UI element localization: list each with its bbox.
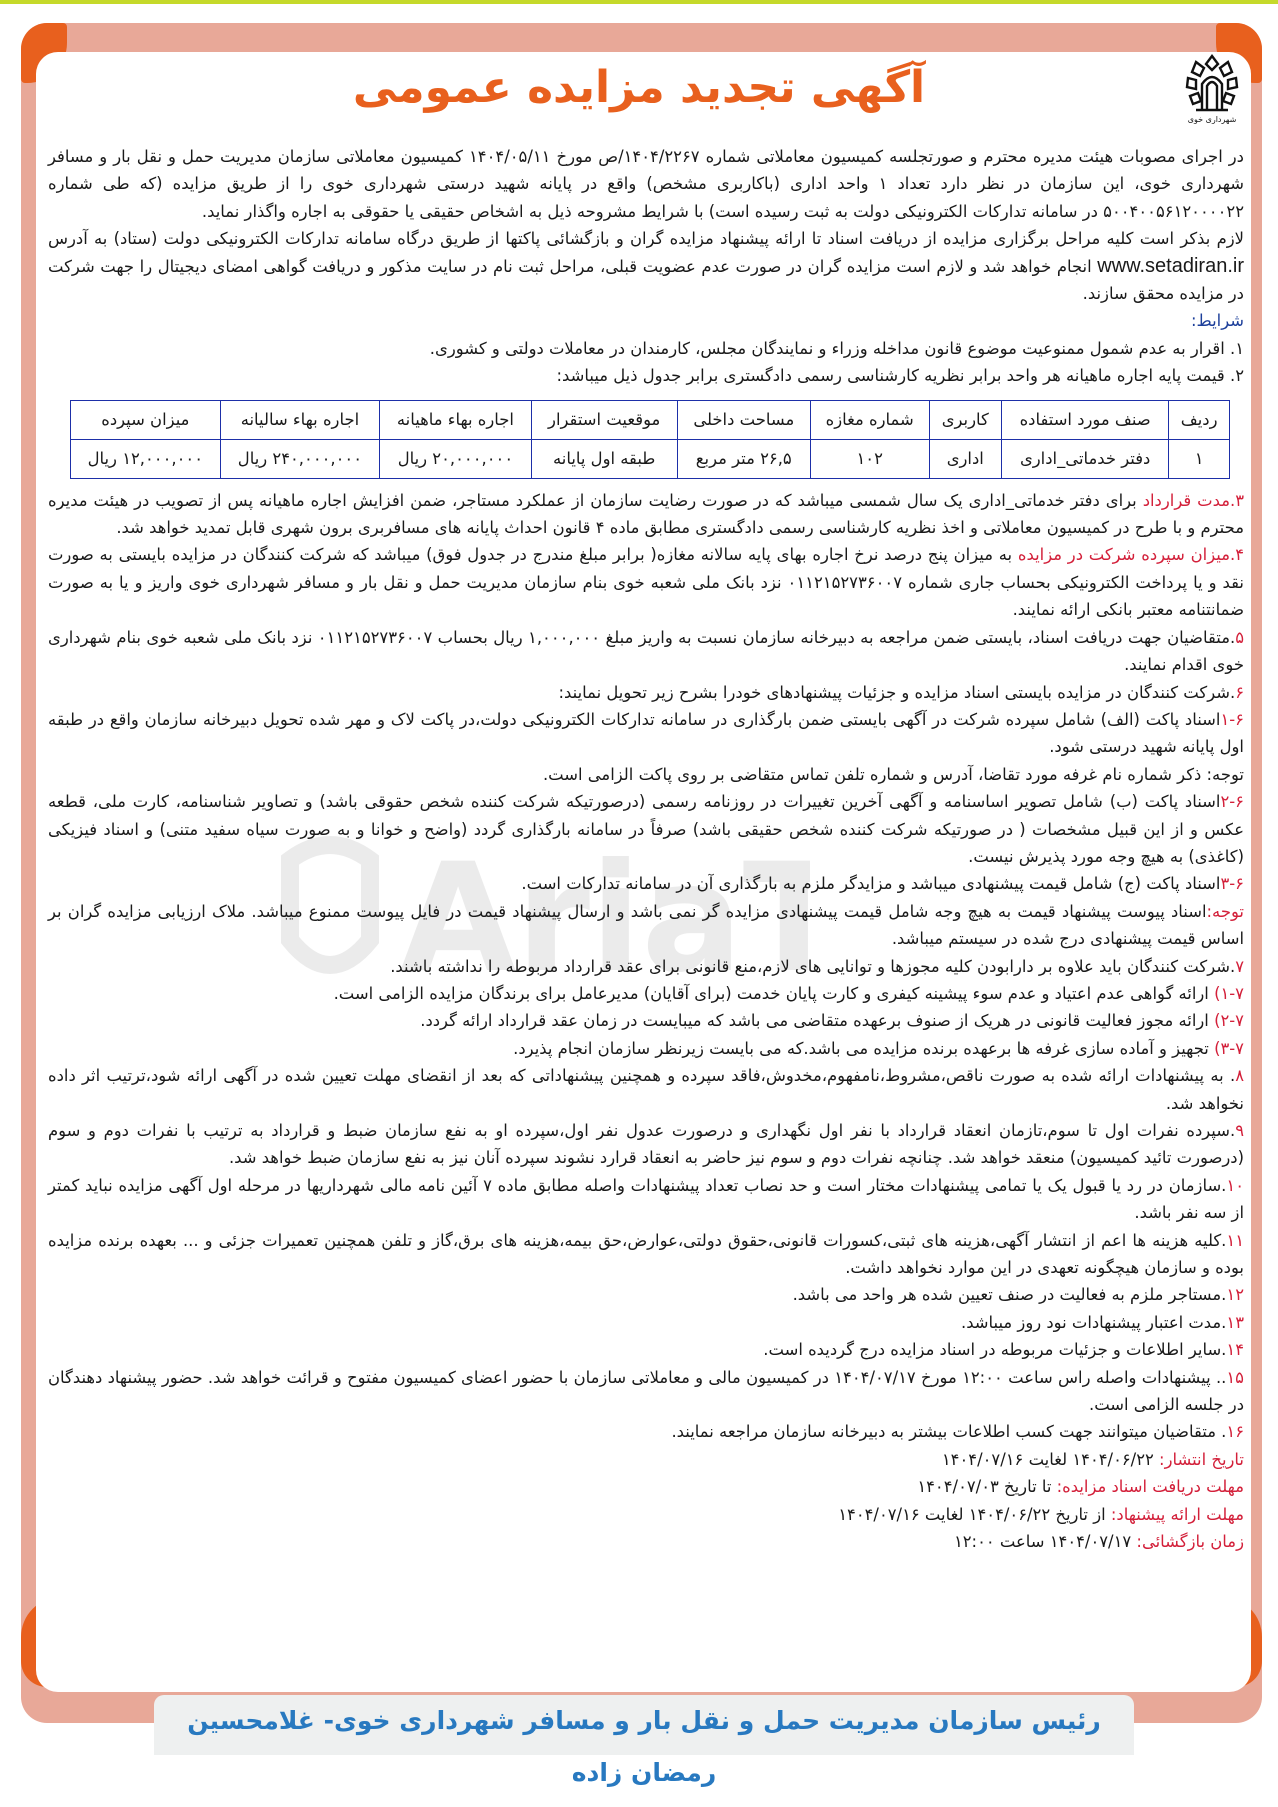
table-cell: ۱ (1169, 439, 1230, 478)
svg-text:شهرداری خوی: شهرداری خوی (1188, 115, 1237, 124)
col-header: صنف مورد استفاده (1002, 400, 1169, 439)
condition-item-1: ۱. اقرار به عدم شمول ممنوعیت موضوع قانون… (48, 335, 1244, 362)
col-header: میزان سپرده (71, 400, 221, 439)
condition-item-13: ۱۳.مدت اعتبار پیشنهادات نود روز میباشد. (48, 1309, 1244, 1336)
table-cell: طبقه اول پایانه (531, 439, 677, 478)
setad-website-link[interactable]: www.setadiran.ir (1097, 255, 1244, 277)
condition-item-7-1: ۱-۷) ارائه گواهی عدم اعتیاد و عدم سوء پی… (48, 980, 1244, 1007)
condition-item-7: ۷.شرکت کنندگان باید علاوه بر دارابودن کل… (48, 953, 1244, 980)
offer-deadline: مهلت ارائه پیشنهاد: از تاریخ ۱۴۰۴/۰۶/۲۲ … (48, 1501, 1244, 1528)
condition-item-15: ۱۵.. پیشنهادات واصله راس ساعت ۱۲:۰۰ مورخ… (48, 1364, 1244, 1419)
document-body: در اجرای مصوبات هیئت مدیره محترم و صورتج… (48, 143, 1244, 1556)
condition-item-7-2: ۲-۷) ارائه مجوز فعالیت قانونی در هریک از… (48, 1007, 1244, 1034)
rent-table: ردیف صنف مورد استفاده کاربری شماره مغازه… (70, 400, 1230, 479)
condition-item-14: ۱۴.سایر اطلاعات و جزئیات مربوطه در اسناد… (48, 1336, 1244, 1363)
table-row: ۱ دفتر خدماتی_اداری اداری ۱۰۲ ۲۶,۵ متر م… (71, 439, 1230, 478)
conditions-heading: شرایط: (48, 307, 1244, 334)
table-cell: ۲۰,۰۰۰,۰۰۰ ریال (380, 439, 532, 478)
col-header: کاربری (929, 400, 1001, 439)
condition-note-6: توجه: ذکر شماره نام غرفه مورد تقاضا، آدر… (48, 761, 1244, 788)
condition-note: توجه:اسناد پیوست پیشنهاد قیمت به هیچ وجه… (48, 898, 1244, 953)
condition-item-7-3: ۳-۷) تجهیز و آماده سازی غرفه ها برعهده ب… (48, 1035, 1244, 1062)
condition-item-6-3: ۳-۶اسناد پاکت (ج) شامل قیمت پیشنهادی میب… (48, 870, 1244, 897)
condition-item-4: ۴.میزان سپرده شرکت در مزایده به میزان پن… (48, 541, 1244, 623)
schedule-dates: تاریخ انتشار: ۱۴۰۴/۰۶/۲۲ لغایت ۱۴۰۴/۰۷/۱… (48, 1446, 1244, 1556)
condition-item-3: ۳.مدت قرارداد برای دفتر خدماتی_اداری یک … (48, 487, 1244, 542)
table-header-row: ردیف صنف مورد استفاده کاربری شماره مغازه… (71, 400, 1230, 439)
condition-item-11: ۱۱.کلیه هزینه ها اعم از انتشار آگهی،هزین… (48, 1227, 1244, 1282)
table-cell: دفتر خدماتی_اداری (1002, 439, 1169, 478)
condition-item-8: ۸. به پیشنهادات ارائه شده به صورت ناقص،م… (48, 1062, 1244, 1117)
col-header: موقعیت استقرار (531, 400, 677, 439)
opening-time: زمان بازگشائی: ۱۴۰۴/۰۷/۱۷ ساعت ۱۲:۰۰ (48, 1528, 1244, 1555)
signature-banner: رئیس سازمان مدیریت حمل و نقل بار و مسافر… (154, 1695, 1134, 1755)
condition-item-16: ۱۶. متقاضیان میتوانند جهت کسب اطلاعات بی… (48, 1418, 1244, 1445)
condition-item-12: ۱۲.مستاجر ملزم به فعالیت در صنف تعیین شد… (48, 1281, 1244, 1308)
condition-item-2: ۲. قیمت پایه اجاره ماهیانه هر واحد برابر… (48, 362, 1244, 389)
docs-deadline: مهلت دریافت اسناد مزایده: تا تاریخ ۱۴۰۴/… (48, 1473, 1244, 1500)
publish-date: تاریخ انتشار: ۱۴۰۴/۰۶/۲۲ لغایت ۱۴۰۴/۰۷/۱… (48, 1446, 1244, 1473)
intro-paragraph-2: لازم بذکر است کلیه مراحل برگزاری مزایده … (48, 225, 1244, 307)
table-cell: ۱۰۲ (810, 439, 929, 478)
condition-item-6: ۶.شرکت کنندگان در مزایده بایستی اسناد مز… (48, 679, 1244, 706)
condition-item-10: ۱۰.سازمان در رد یا قبول یک یا تمامی پیشن… (48, 1172, 1244, 1227)
top-accent-line (0, 0, 1278, 4)
condition-item-9: ۹.سپرده نفرات اول تا سوم،تازمان انعقاد ق… (48, 1117, 1244, 1172)
table-cell: ۱۲,۰۰۰,۰۰۰ ریال (71, 439, 221, 478)
col-header: ردیف (1169, 400, 1230, 439)
table-cell: اداری (929, 439, 1001, 478)
intro-paragraph: در اجرای مصوبات هیئت مدیره محترم و صورتج… (48, 143, 1244, 225)
condition-item-5: ۵.متقاضیان جهت دریافت اسناد، بایستی ضمن … (48, 624, 1244, 679)
table-cell: ۲۴۰,۰۰۰,۰۰۰ ریال (220, 439, 380, 478)
condition-item-6-2: ۲-۶اسناد پاکت (ب) شامل تصویر اساسنامه و … (48, 788, 1244, 870)
condition-item-6-1: ۱-۶اسناد پاکت (الف) شامل سپرده شرکت در آ… (48, 706, 1244, 761)
table-cell: ۲۶,۵ متر مربع (677, 439, 810, 478)
page-title: آگهی تجدید مزایده عمومی (0, 62, 1278, 113)
col-header: مساحت داخلی (677, 400, 810, 439)
col-header: اجاره بهاء ماهیانه (380, 400, 532, 439)
col-header: شماره مغازه (810, 400, 929, 439)
col-header: اجاره بهاء سالیانه (220, 400, 380, 439)
